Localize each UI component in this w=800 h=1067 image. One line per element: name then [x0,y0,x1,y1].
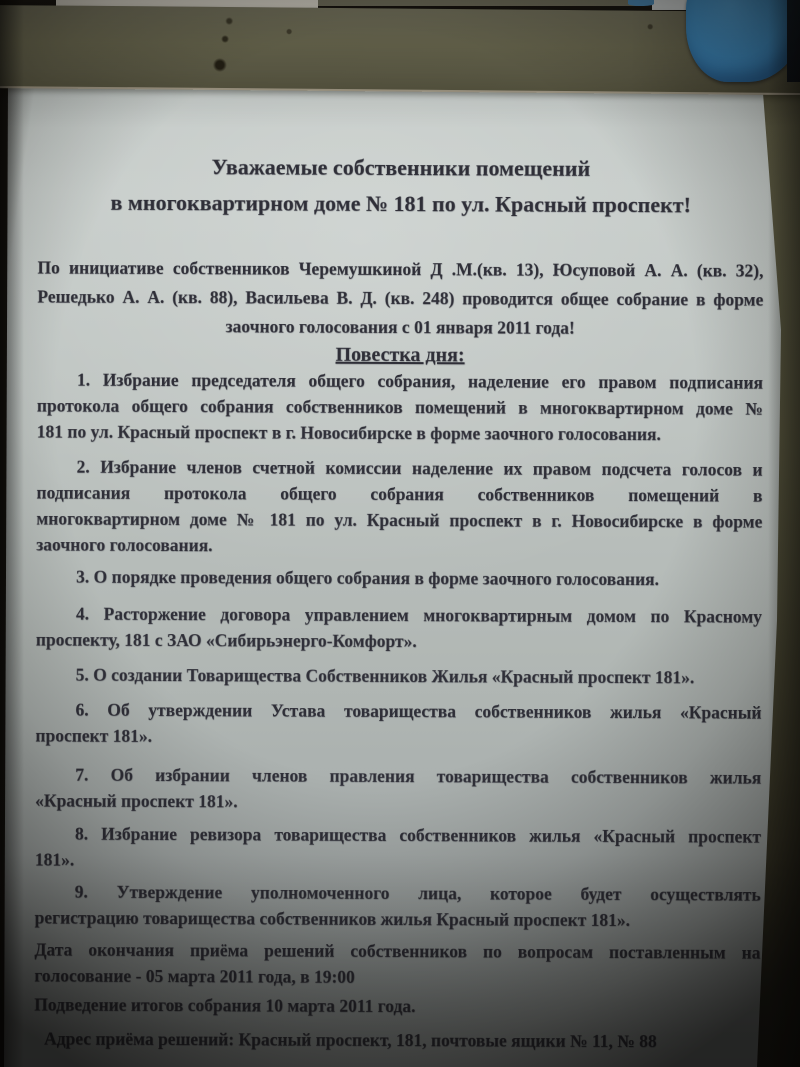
notice-heading: Уважаемые собственники помещений в много… [38,148,764,223]
text-line: «Красный проспект 181». [35,787,761,816]
text-line: 6. Об утверждении Устава товарищества со… [35,696,761,725]
agenda-item-4: 4. Расторжение договора управлением мног… [36,600,762,655]
text-line: подписания протокола общего собрания соб… [36,479,762,508]
text-line: регистрацию товарищества собственников ж… [35,904,761,933]
text-line: протокола общего собрания собственников … [37,392,763,421]
text-line: Адрес приёма решений: Красный проспект, … [34,1025,760,1054]
text-line: 2. Избрание членов счетной комиссии наде… [37,453,763,482]
agenda-item-1: 1. Избрание председателя общего собрания… [37,366,763,447]
text-line: Решедько А. А. (кв. 88), Васильева В. Д.… [37,282,763,314]
text-line: заочного голосования с 01 января 2011 го… [37,311,763,343]
text-line: многоквартирном доме № 181 по ул. Красны… [36,505,762,534]
text-line: голосование - 05 марта 2011 года, в 19:0… [34,962,760,991]
text-line: Подведение итогов собрания 10 марта 2011… [34,991,760,1020]
results-note: Подведение итогов собрания 10 марта 2011… [34,991,760,1020]
agenda-item-6: 6. Об утверждении Устава товарищества со… [35,696,761,751]
text-line: Уважаемые собственники помещений [38,148,764,187]
agenda-item-3: 3. О порядке проведения общего собрания … [36,563,762,592]
text-line: в многоквартирном доме № 181 по ул. Крас… [38,184,764,223]
intro-paragraph: По инициативе собственников Черемушкиной… [37,253,763,343]
blue-sticker-fragment [628,0,654,6]
deadline-note: Дата окончания приёма решений собственни… [34,936,760,991]
agenda-item-5: 5. О создании Товарищества Собственников… [36,661,762,690]
text-line: По инициативе собственников Черемушкиной… [37,253,763,285]
agenda-item-2: 2. Избрание членов счетной комиссии наде… [36,453,762,560]
wall-strip [652,0,690,10]
address-note: Адрес приёма решений: Красный проспект, … [34,1025,760,1054]
notice-text: Уважаемые собственники помещений в много… [34,148,764,1054]
agenda-item-7: 7. Об избрании членов правления товарище… [35,761,761,816]
text-line: 181 по ул. Красный проспект в г. Новосиб… [37,418,763,447]
photographed-notice: Уважаемые собственники помещений в много… [0,0,800,1067]
text-line: Дата окончания приёма решений собственни… [34,936,760,965]
agenda-title: Повестка дня: [37,340,763,369]
text-line: проспекту, 181 с ЗАО «Сибирьэнерго-Комфо… [36,626,762,655]
text-line: 7. Об избрании членов правления товарище… [35,761,761,790]
text-line: проспект 181». [35,722,761,751]
text-line: Повестка дня: [37,340,763,369]
text-line: 4. Расторжение договора управлением мног… [36,600,762,629]
text-line: 181». [35,846,761,875]
text-line: заочного голосования. [36,531,762,560]
agenda-item-9: 9. Утверждение уполномоченного лица, кот… [35,878,761,933]
text-line: 5. О создании Товарищества Собственников… [36,661,762,690]
text-line: 1. Избрание председателя общего собрания… [37,366,763,395]
corner-shadow [787,0,800,82]
text-line: 8. Избрание ревизора товарищества собств… [35,820,761,849]
wall-strip [318,0,638,6]
text-line: 3. О порядке проведения общего собрания … [36,563,762,592]
agenda-item-8: 8. Избрание ревизора товарищества собств… [35,820,761,875]
adhesive-tape [0,5,800,95]
text-line: 9. Утверждение уполномоченного лица, кот… [35,878,761,907]
